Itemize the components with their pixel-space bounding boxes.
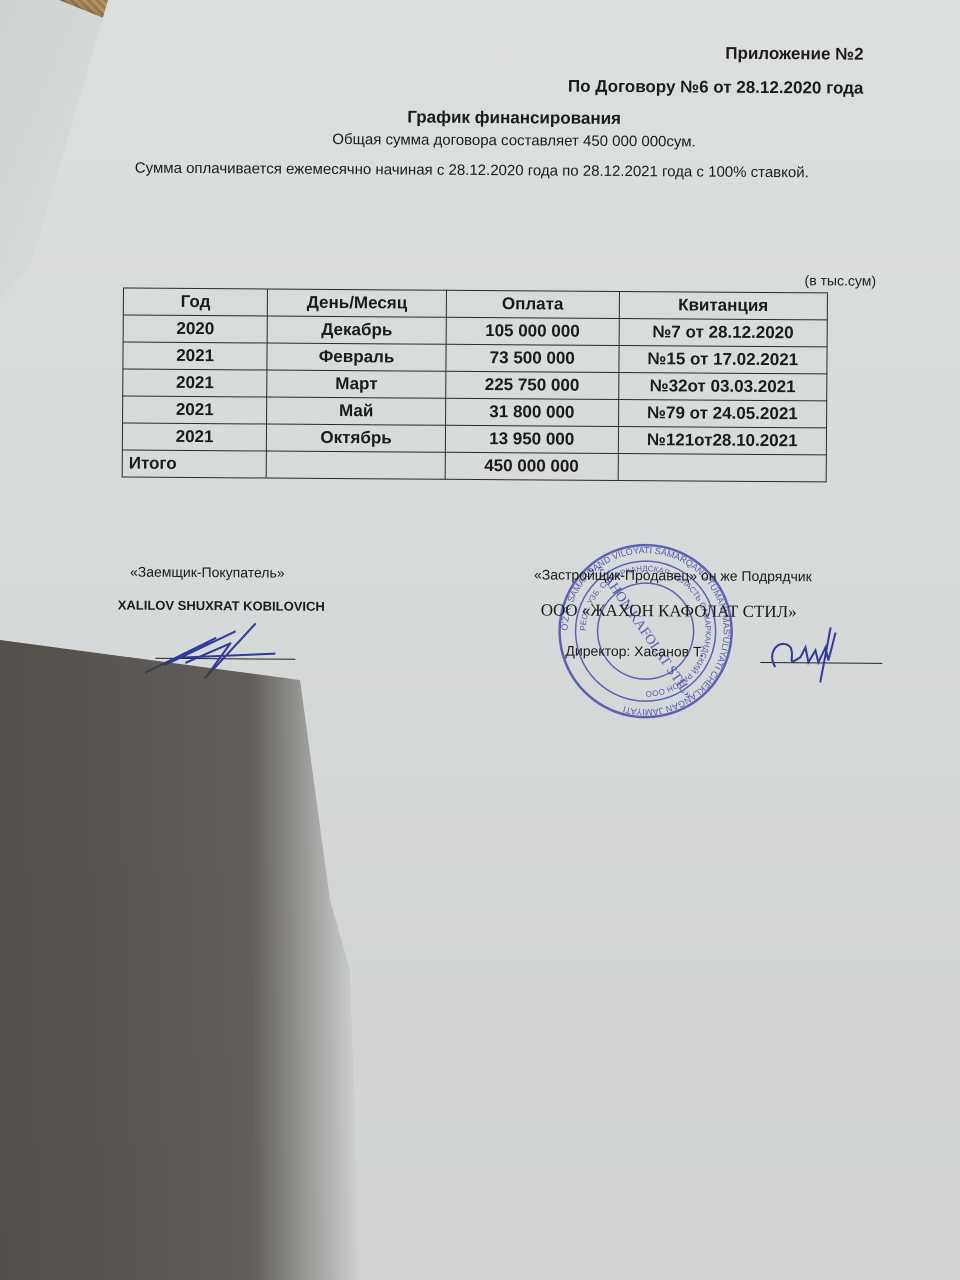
cell-payment: 105 000 000 [446,317,619,345]
units-note: (в тыс.сум) [805,272,877,288]
cell-month: Март [267,370,446,398]
total-sum-line: Общая сумма договора составляет 450 000 … [0,129,960,153]
header-receipt: Квитанция [619,291,828,319]
header-year: Год [123,288,267,316]
cell-receipt: №121от28.10.2021 [618,426,827,454]
cell-receipt: №15 от 17.02.2021 [619,345,828,373]
cell-month: Декабрь [267,316,446,344]
document-title: График финансирования [0,105,960,132]
seller-signature [760,612,851,703]
table-total-row: Итого 450 000 000 [122,450,826,482]
contract-reference: По Договору №6 от 28.12.2020 года [568,77,864,99]
cell-year: 2021 [123,369,267,397]
cell-payment: 225 750 000 [446,371,619,399]
cell-payment: 31 800 000 [445,398,618,426]
cell-year: 2020 [123,315,267,343]
total-month [266,451,445,479]
seller-director: Директор: Хасанов Т. [565,643,704,660]
seller-role: «Застройщик-Продавец» он же Подрядчик [534,566,812,584]
total-label: Итого [122,450,266,478]
total-payment: 450 000 000 [445,452,618,480]
cell-month: Октябрь [267,424,446,452]
payment-terms: Сумма оплачивается ежемесячно начиная с … [135,158,865,185]
seller-organization: ООО «ЖАХОН КАФОЛАТ СТИЛ» [541,600,797,622]
cell-year: 2021 [123,342,267,370]
cell-receipt: №79 от 24.05.2021 [618,399,827,427]
cell-month: Май [267,397,446,425]
cell-year: 2021 [123,396,267,424]
buyer-name: XALILOV SHUXRAT KOBILOVICH [118,597,325,613]
buyer-role: «Заемщик-Покупатель» [130,564,285,581]
cell-payment: 73 500 000 [446,344,619,372]
cell-month: Февраль [267,343,446,371]
total-receipt [618,453,827,481]
financing-schedule-table: Год День/Месяц Оплата Квитанция 2020Дека… [122,288,828,483]
cell-receipt: №7 от 28.12.2020 [619,318,828,346]
annex-label: Приложение №2 [725,44,864,65]
hand-shadow [0,640,360,1280]
cell-payment: 13 950 000 [445,425,618,453]
cell-receipt: №32от 03.03.2021 [618,372,827,400]
cell-year: 2021 [122,423,266,451]
header-month: День/Месяц [268,289,447,317]
header-payment: Оплата [446,290,619,318]
